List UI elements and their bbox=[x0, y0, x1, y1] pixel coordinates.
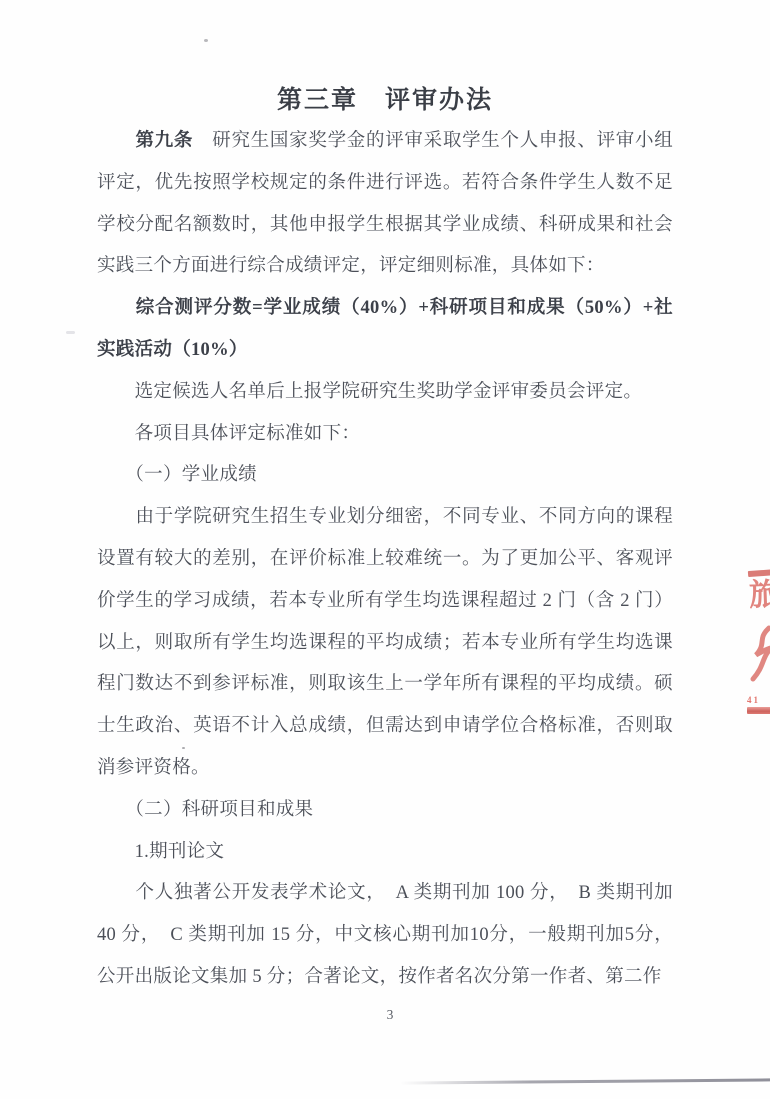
text-line: 个人独著公开发表学术论文， A 类期刊加 100 分， B 类期刊加 bbox=[97, 873, 673, 915]
scan-edge-line bbox=[400, 1078, 770, 1084]
stamp-border-top bbox=[748, 569, 770, 577]
scan-smudge bbox=[66, 331, 75, 334]
text-line: （一）学业成绩 bbox=[97, 455, 673, 497]
scan-speck bbox=[204, 39, 208, 42]
text-line: 设置有较大的差别，在评价标准上较难统一。为了更加公平、客观评 bbox=[97, 539, 673, 581]
text-line: 评定，优先按照学校规定的条件进行评选。若符合条件学生人数不足 bbox=[97, 163, 673, 205]
page-number: 3 bbox=[0, 1007, 770, 1023]
document-page: 第三章 评审办法 第九条 研究生国家奖学金的评审采取学生个人申报、评审小组评定，… bbox=[0, 0, 770, 1099]
text-line: 第九条 研究生国家奖学金的评审采取学生个人申报、评审小组 bbox=[97, 121, 673, 163]
text-line: 综合测评分数=学业成绩（40%）+科研项目和成果（50%）+社会 bbox=[97, 288, 673, 330]
article-number-lead: 第九条 bbox=[135, 131, 212, 151]
stamp-border-bottom bbox=[747, 707, 770, 714]
document-body: 第九条 研究生国家奖学金的评审采取学生个人申报、评审小组评定，优先按照学校规定的… bbox=[97, 121, 673, 999]
text-line: （二）科研项目和成果 bbox=[97, 790, 673, 832]
text-line: 各项目具体评定标准如下： bbox=[97, 414, 673, 456]
text-line: 消参评资格。 bbox=[97, 748, 673, 790]
text-line: 40 分， C 类期刊加 15 分，中文核心期刊加10分，一般期刊加5分， bbox=[97, 915, 673, 957]
text-line: 士生政治、英语不计入总成绩，但需达到申请学位合格标准，否则取 bbox=[97, 706, 673, 748]
text-line: 1.期刊论文 bbox=[97, 832, 673, 874]
text-line: 实践活动（10%） bbox=[97, 330, 673, 372]
text-line: 实践三个方面进行综合成绩评定，评定细则标准，具体如下： bbox=[97, 246, 673, 288]
scan-speck bbox=[182, 747, 185, 749]
text-line: 由于学院研究生招生专业划分细密，不同专业、不同方向的课程 bbox=[97, 497, 673, 539]
text-line: 程门数达不到参评标准，则取该生上一学年所有课程的平均成绩。硕 bbox=[97, 664, 673, 706]
red-stamp-fragment: 旅 41 bbox=[743, 565, 770, 725]
text-line: 选定候选人名单后上报学院研究生奖助学金评审委员会评定。 bbox=[97, 372, 673, 414]
stamp-digits: 41 bbox=[747, 696, 760, 705]
stamp-signature-glyph bbox=[747, 625, 770, 683]
text-line: 以上，则取所有学生均选课程的平均成绩；若本专业所有学生均选课 bbox=[97, 623, 673, 665]
stamp-character: 旅 bbox=[748, 578, 770, 610]
text-line: 公开出版论文集加 5 分；合著论文，按作者名次分第一作者、第二作 bbox=[97, 957, 673, 999]
text-line: 学校分配名额数时，其他申报学生根据其学业成绩、科研成果和社会 bbox=[97, 205, 673, 247]
text-line: 价学生的学习成绩，若本专业所有学生均选课程超过 2 门（含 2 门） bbox=[97, 581, 673, 623]
chapter-title: 第三章 评审办法 bbox=[0, 80, 770, 116]
